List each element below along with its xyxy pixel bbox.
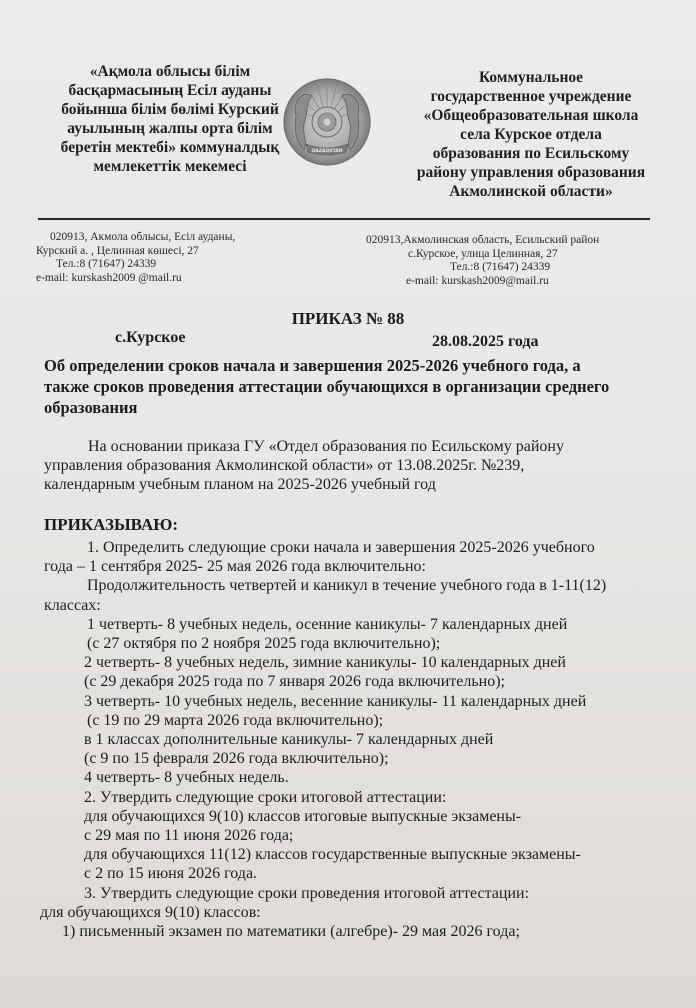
org-name-russian-line: государственное учреждение: [400, 87, 662, 106]
org-name-kazakh-line: бойынша білім бөлімі Курский: [40, 100, 300, 119]
org-name-russian-line: села Курское отдела: [400, 125, 662, 144]
order-line: года – 1 сентября 2025- 25 мая 2026 года…: [44, 557, 684, 576]
phone: Тел.:8 (71647) 24339: [366, 261, 599, 275]
org-name-russian-line: образования по Есильскому: [400, 144, 662, 163]
basis-line: На основании приказа ГУ «Отдел образован…: [44, 437, 664, 456]
order-line: в 1 классах дополнительные каникулы- 7 к…: [44, 730, 684, 749]
order-line: для обучающихся 9(10) классов:: [40, 903, 684, 922]
order-line: 4 четверть- 8 учебных недель.: [44, 768, 684, 787]
order-line: 1 четверть- 8 учебных недель, осенние ка…: [44, 615, 684, 634]
header-separator: [38, 218, 650, 220]
subject-line: Об определении сроков начала и завершени…: [44, 355, 664, 376]
address-line: 020913, Акмола облысы, Есіл ауданы,: [36, 231, 235, 245]
address-kazakh: 020913, Акмола облысы, Есіл ауданы, Курс…: [36, 231, 235, 285]
basis-line: календарным учебным планом на 2025-2026 …: [44, 475, 664, 494]
org-name-kazakh: «Ақмола облысы білім басқармасының Есіл …: [40, 62, 300, 176]
address-line: 020913,Акмолинская область, Есильский ра…: [366, 234, 599, 248]
order-line: для обучающихся 9(10) классов итоговые в…: [44, 807, 684, 826]
order-line: 3 четверть- 10 учебных недель, весенние …: [44, 692, 684, 711]
org-name-russian-line: району управления образования: [400, 163, 662, 182]
order-line: 2 четверть- 8 учебных недель, зимние кан…: [44, 653, 684, 672]
order-line: 3. Утвердить следующие сроки проведения …: [44, 884, 684, 903]
address-line: с.Курское, улица Целинная, 27: [366, 248, 599, 262]
order-basis: На основании приказа ГУ «Отдел образован…: [44, 437, 664, 495]
org-name-russian-line: «Общеобразовательная школа: [400, 106, 662, 125]
subject-line: образования: [44, 397, 664, 418]
org-name-kazakh-line: басқармасының Есіл ауданы: [40, 81, 300, 100]
email: e-mail: kurskash2009 @mail.ru: [36, 272, 235, 286]
order-line: классах:: [44, 596, 684, 615]
org-name-kazakh-line: мемлекеттік мекемесі: [40, 157, 300, 176]
order-line: (с 19 по 29 марта 2026 года включительно…: [44, 711, 684, 730]
address-line: Курский а. , Целинная көшесі, 27: [36, 245, 235, 259]
orders-heading: ПРИКАЗЫВАЮ:: [44, 515, 178, 535]
basis-line: управления образования Акмолинской облас…: [44, 456, 664, 475]
order-line: (с 27 октября по 2 ноября 2025 года вклю…: [44, 634, 684, 653]
order-line: (с 9 по 15 февраля 2026 года включительн…: [44, 749, 684, 768]
order-line: 2. Утвердить следующие сроки итоговой ат…: [44, 788, 684, 807]
org-name-kazakh-line: ауылының жалпы орта білім: [40, 119, 300, 138]
address-russian: 020913,Акмолинская область, Есильский ра…: [366, 234, 599, 288]
order-body: 1. Определить следующие сроки начала и з…: [44, 538, 684, 941]
order-subject: Об определении сроков начала и завершени…: [44, 355, 664, 418]
org-name-kazakh-line: «Ақмола облысы білім: [40, 62, 300, 81]
order-place: с.Курское: [115, 329, 185, 347]
org-name-russian-line: Коммунальное: [400, 68, 662, 87]
org-name-russian-line: Акмолинской области»: [400, 182, 662, 201]
email: e-mail: kurskash2009@mail.ru: [366, 275, 599, 289]
order-line: 1) письменный экзамен по математики (алг…: [44, 922, 684, 941]
org-name-kazakh-line: беретін мектебі» коммуналдық: [40, 138, 300, 157]
order-line: (с 29 декабря 2025 года по 7 января 2026…: [44, 672, 684, 691]
org-name-russian: Коммунальное государственное учреждение …: [400, 68, 662, 201]
order-line: 1. Определить следующие сроки начала и з…: [44, 538, 684, 557]
order-date: 28.08.2025 года: [432, 333, 539, 351]
order-line: Продолжительность четвертей и каникул в …: [44, 576, 684, 595]
svg-text:QAZAQSTAN: QAZAQSTAN: [311, 148, 342, 154]
state-emblem-icon: QAZAQSTAN: [282, 76, 372, 168]
order-line: с 2 по 15 июня 2026 года.: [44, 864, 684, 883]
phone: Тел.:8 (71647) 24339: [36, 258, 235, 272]
order-line: с 29 мая по 11 июня 2026 года;: [44, 826, 684, 845]
subject-line: также сроков проведения аттестации обуча…: [44, 376, 664, 397]
order-line: для обучающихся 11(12) классов государст…: [44, 845, 684, 864]
order-title: ПРИКАЗ № 88: [0, 309, 696, 329]
